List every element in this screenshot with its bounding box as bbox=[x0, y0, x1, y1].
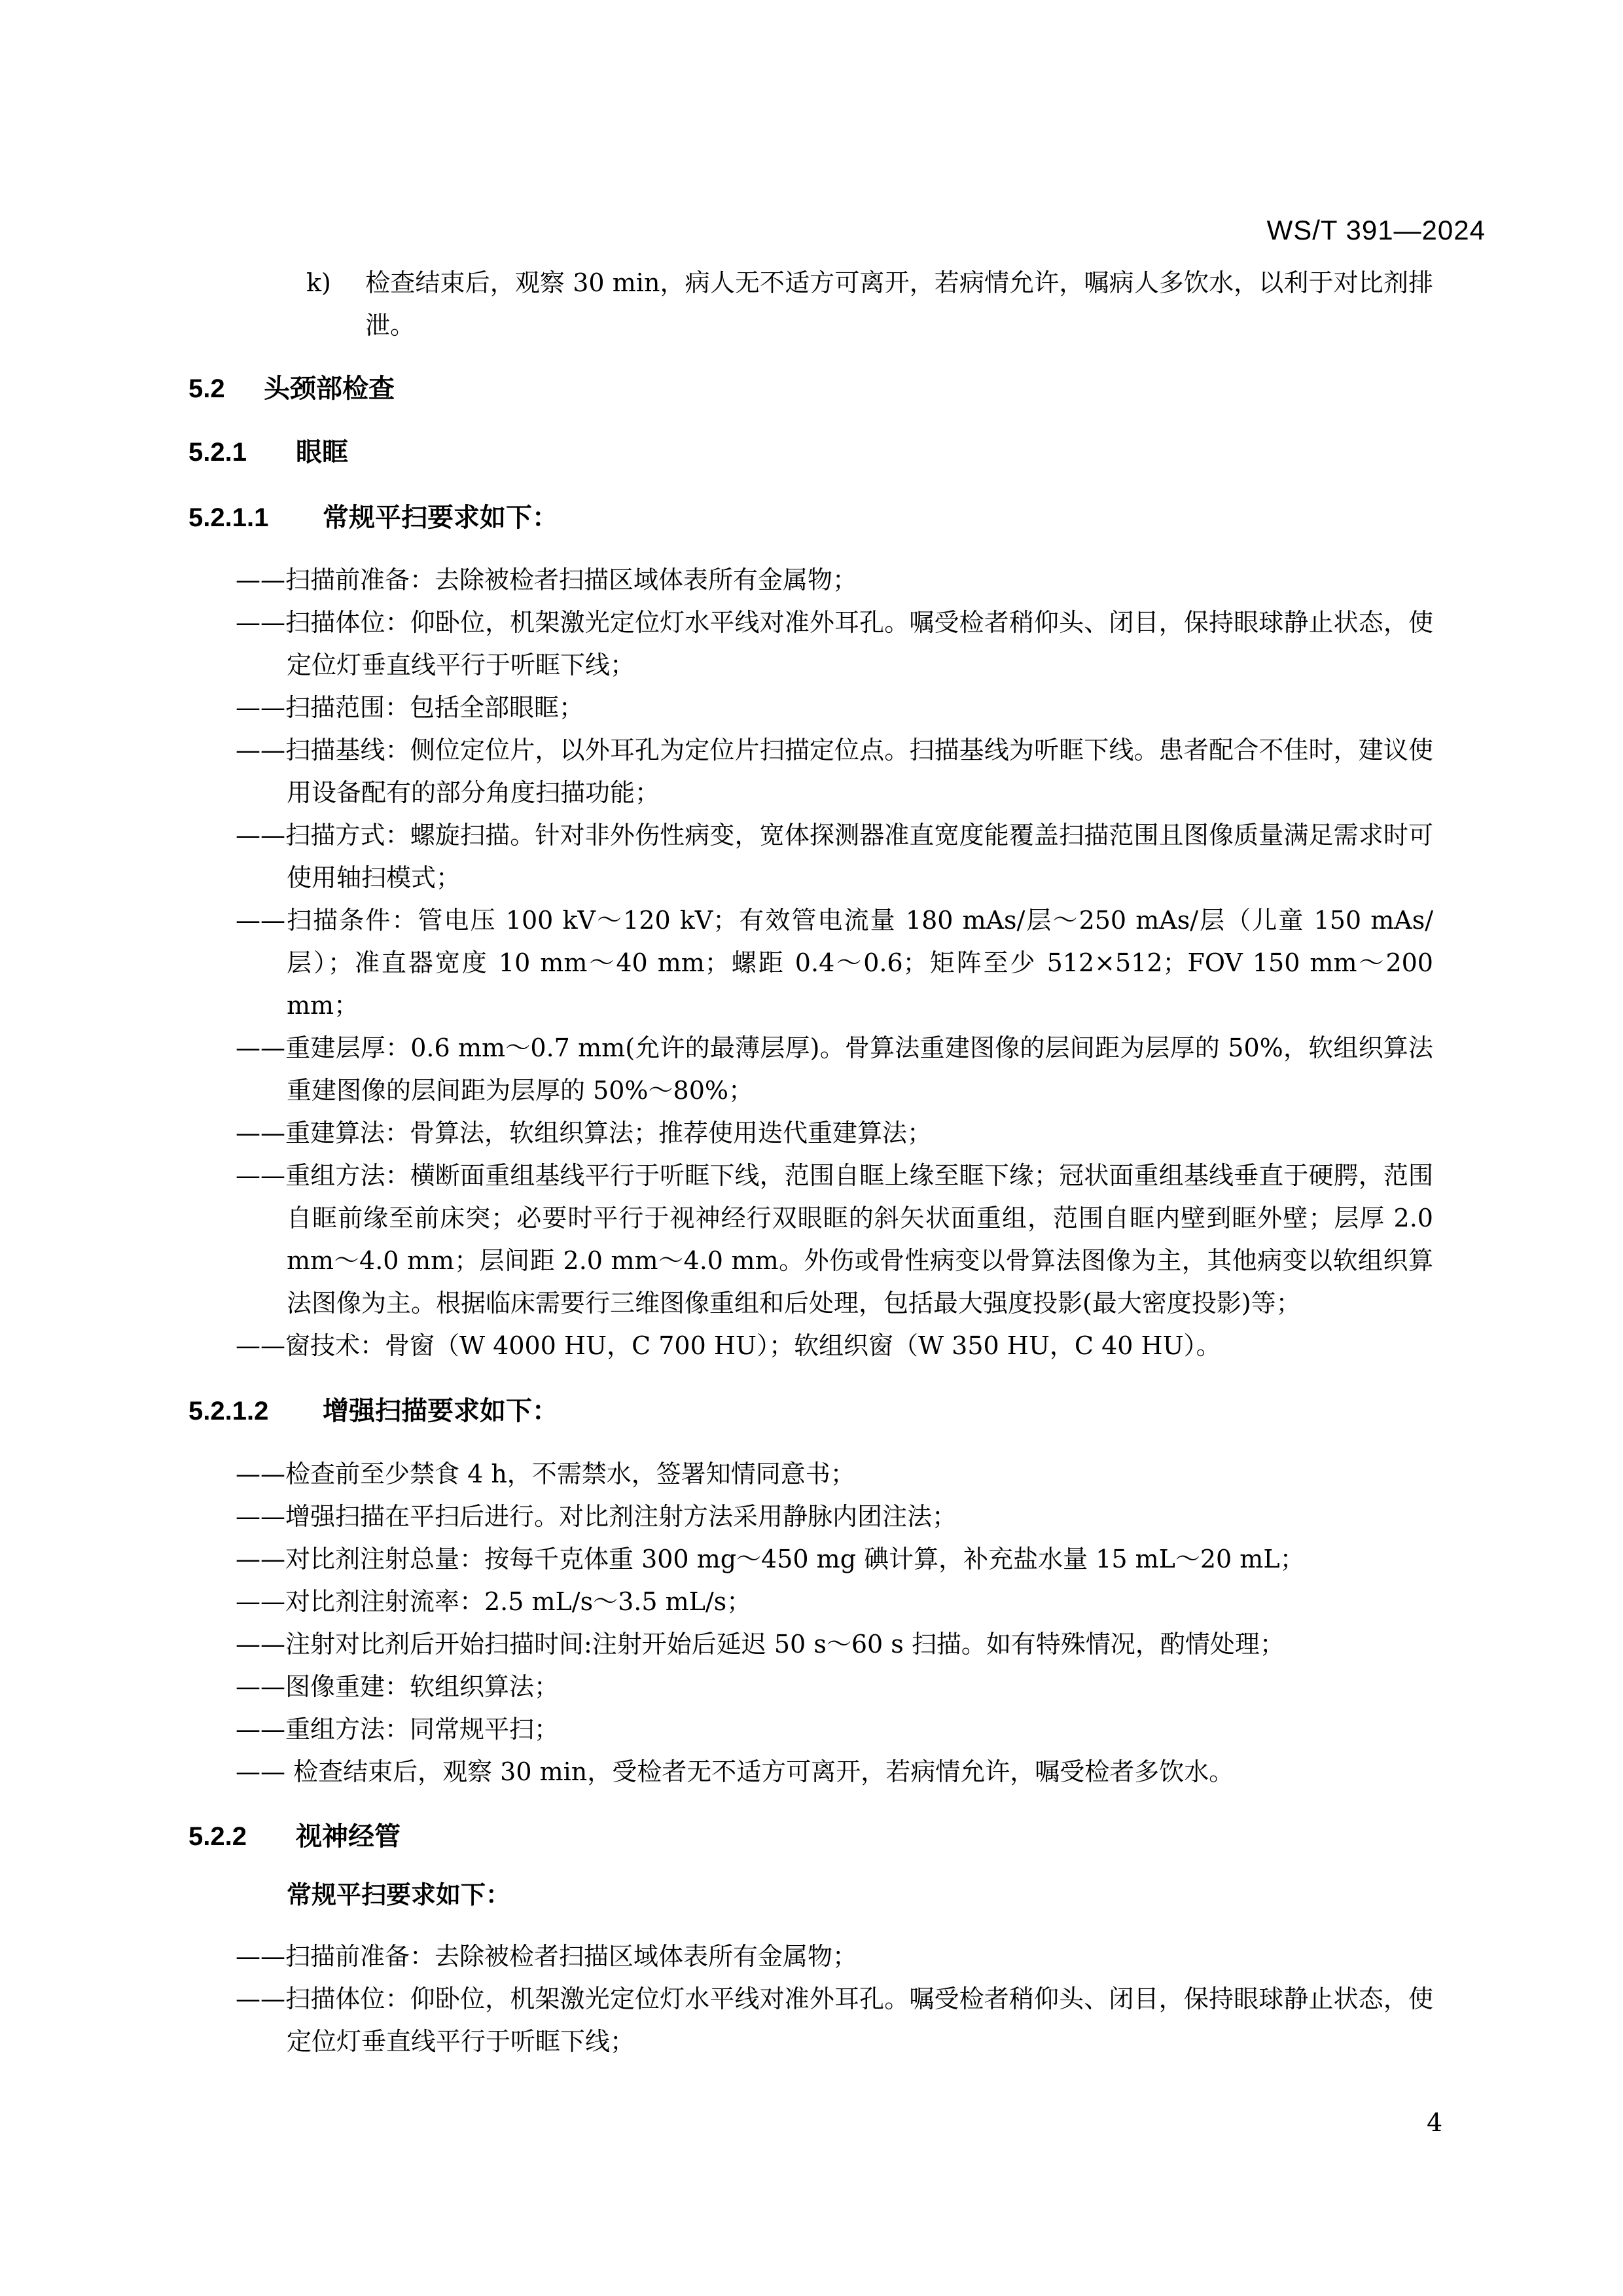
section-title: 眼眶 bbox=[296, 438, 348, 467]
section-heading-5-2: 5.2头颈部检查 bbox=[188, 368, 1433, 410]
list-item: ——对比剂注射总量：按每千克体重 300 mg～450 mg 碘计算，补充盐水量… bbox=[188, 1538, 1433, 1581]
section-number: 5.2 bbox=[188, 368, 264, 410]
list-item: ——增强扫描在平扫后进行。对比剂注射方法采用静脉内团注法； bbox=[188, 1496, 1433, 1538]
list-5-2-2: ——扫描前准备：去除被检者扫描区域体表所有金属物； ——扫描体位：仰卧位，机架激… bbox=[188, 1935, 1433, 2063]
section-number: 5.2.2 bbox=[188, 1816, 296, 1858]
list-item: ——扫描前准备：去除被检者扫描区域体表所有金属物； bbox=[188, 559, 1433, 601]
list-item: ——扫描方式：螺旋扫描。针对非外伤性病变，宽体探测器准直宽度能覆盖扫描范围且图像… bbox=[188, 814, 1433, 899]
list-item: ——扫描条件：管电压 100 kV～120 kV；有效管电流量 180 mAs/… bbox=[188, 899, 1433, 1027]
list-item: ——扫描前准备：去除被检者扫描区域体表所有金属物； bbox=[188, 1935, 1433, 1978]
list-item: ——图像重建：软组织算法； bbox=[188, 1666, 1433, 1708]
list-item: ——注射对比剂后开始扫描时间:注射开始后延迟 50 s～60 s 扫描。如有特殊… bbox=[188, 1623, 1433, 1666]
list-item: ——重建层厚：0.6 mm～0.7 mm(允许的最薄层厚)。骨算法重建图像的层间… bbox=[188, 1027, 1433, 1112]
list-item: ——扫描体位：仰卧位，机架激光定位灯水平线对准外耳孔。嘱受检者稍仰头、闭目，保持… bbox=[188, 601, 1433, 687]
lead-in-text: 常规平扫要求如下： bbox=[287, 1874, 1433, 1917]
list-item: ——检查前至少禁食 4 h，不需禁水，签署知情同意书； bbox=[188, 1453, 1433, 1496]
section-number: 5.2.1 bbox=[188, 431, 296, 474]
list-item: ——扫描基线：侧位定位片，以外耳孔为定位片扫描定位点。扫描基线为听眶下线。患者配… bbox=[188, 729, 1433, 814]
section-title: 常规平扫要求如下： bbox=[323, 503, 558, 532]
list-5-2-1-1: ——扫描前准备：去除被检者扫描区域体表所有金属物； ——扫描体位：仰卧位，机架激… bbox=[188, 559, 1433, 1367]
section-heading-5-2-1: 5.2.1眼眶 bbox=[188, 431, 1433, 474]
section-heading-5-2-2: 5.2.2视神经管 bbox=[188, 1816, 1433, 1858]
list-item: ——扫描体位：仰卧位，机架激光定位灯水平线对准外耳孔。嘱受检者稍仰头、闭目，保持… bbox=[188, 1978, 1433, 2063]
section-title: 视神经管 bbox=[296, 1822, 401, 1851]
page-number: 4 bbox=[1427, 2109, 1442, 2136]
list-item: ——重建算法：骨算法，软组织算法；推荐使用迭代重建算法； bbox=[188, 1112, 1433, 1155]
section-number: 5.2.1.1 bbox=[188, 497, 323, 539]
document-page: WS/T 391—2024 k)检查结束后，观察 30 min，病人无不适方可离… bbox=[0, 0, 1623, 2296]
list-5-2-1-2: ——检查前至少禁食 4 h，不需禁水，签署知情同意书； ——增强扫描在平扫后进行… bbox=[188, 1453, 1433, 1793]
list-item: ——对比剂注射流率：2.5 mL/s～3.5 mL/s； bbox=[188, 1581, 1433, 1623]
section-heading-5-2-1-1: 5.2.1.1常规平扫要求如下： bbox=[188, 497, 1433, 539]
section-heading-5-2-1-2: 5.2.1.2增强扫描要求如下： bbox=[188, 1390, 1433, 1433]
list-item-k-marker: k) bbox=[306, 262, 365, 304]
list-item: ——重组方法：横断面重组基线平行于听眶下线，范围自眶上缘至眶下缘；冠状面重组基线… bbox=[188, 1155, 1433, 1325]
list-item-k-text: 检查结束后，观察 30 min，病人无不适方可离开，若病情允许，嘱病人多饮水，以… bbox=[365, 268, 1433, 340]
list-item: ——窗技术：骨窗（W 4000 HU，C 700 HU）；软组织窗（W 350 … bbox=[188, 1325, 1433, 1367]
section-number: 5.2.1.2 bbox=[188, 1390, 323, 1433]
section-title: 头颈部检查 bbox=[264, 374, 395, 403]
list-item-k: k)检查结束后，观察 30 min，病人无不适方可离开，若病情允许，嘱病人多饮水… bbox=[188, 262, 1433, 347]
list-item: ——重组方法：同常规平扫； bbox=[188, 1708, 1433, 1751]
list-item: —— 检查结束后，观察 30 min，受检者无不适方可离开，若病情允许，嘱受检者… bbox=[188, 1751, 1433, 1793]
list-item: ——扫描范围：包括全部眼眶； bbox=[188, 687, 1433, 729]
page-content: k)检查结束后，观察 30 min，病人无不适方可离开，若病情允许，嘱病人多饮水… bbox=[188, 0, 1433, 2063]
section-title: 增强扫描要求如下： bbox=[323, 1397, 558, 1426]
